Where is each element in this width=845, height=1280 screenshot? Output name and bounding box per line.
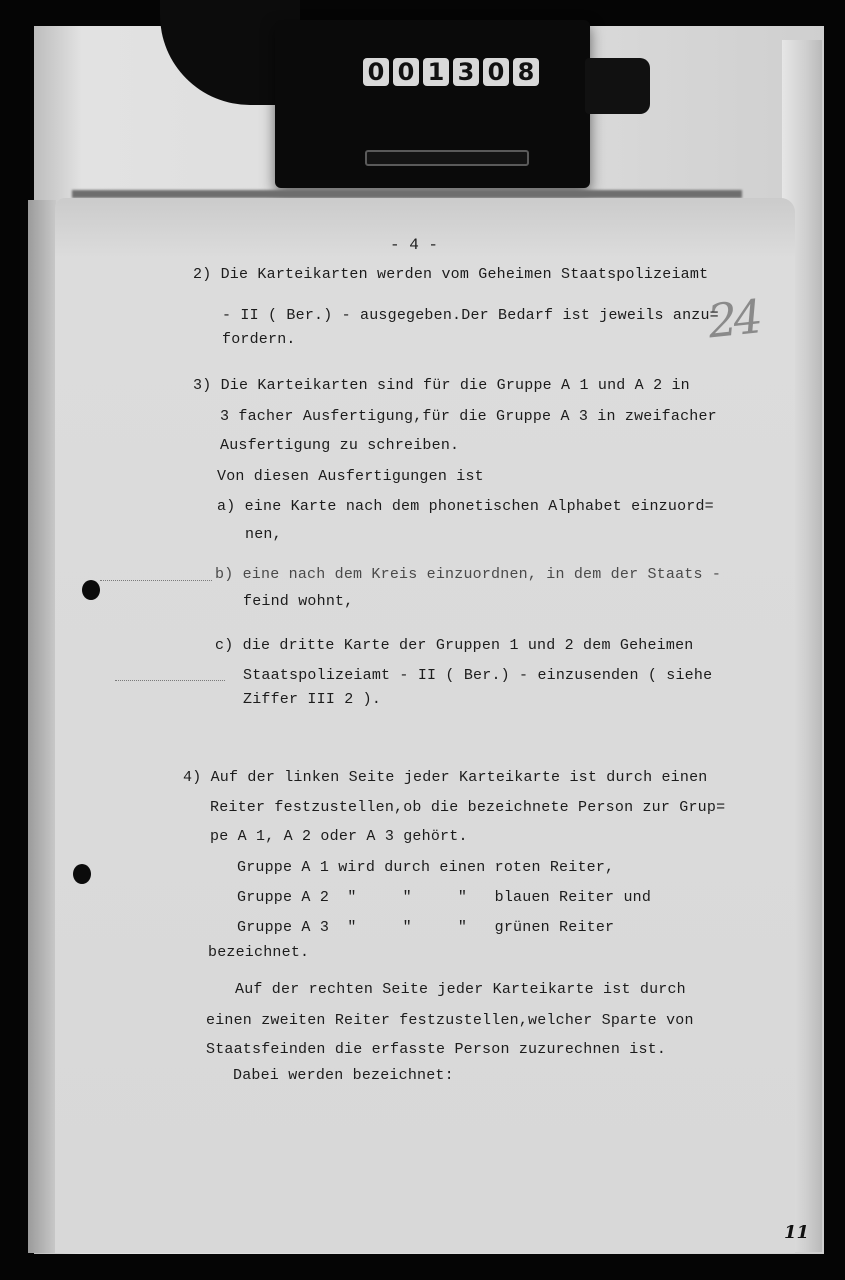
section-2-line: 2) Die Karteikarten werden vom Geheimen … — [193, 266, 708, 283]
counter-slot — [365, 150, 529, 166]
page-number: - 4 - — [390, 236, 438, 254]
punch-hole — [82, 580, 100, 600]
section-3-line: Staatspolizeiamt - II ( Ber.) - einzusen… — [243, 667, 712, 684]
document-page — [55, 198, 795, 1253]
section-3-line: Ausfertigung zu schreiben. — [220, 437, 459, 454]
section-4-line: Staatsfeinden die erfasste Person zuzure… — [206, 1041, 666, 1058]
faint-line — [100, 580, 212, 581]
section-4-line: Auf der rechten Seite jeder Karteikarte … — [235, 981, 686, 998]
section-4-line: Dabei werden bezeichnet: — [233, 1067, 454, 1084]
section-3-line: c) die dritte Karte der Gruppen 1 und 2 … — [215, 637, 693, 654]
section-4-line: Gruppe A 3 " " " grünen Reiter — [237, 919, 614, 936]
section-4-line: Reiter festzustellen,ob die bezeichnete … — [210, 799, 725, 816]
section-3-line: 3) Die Karteikarten sind für die Gruppe … — [193, 377, 690, 394]
counter-digit: 1 — [423, 58, 449, 86]
section-3-line: feind wohnt, — [243, 593, 353, 610]
section-4-line: Gruppe A 2 " " " blauen Reiter und — [237, 889, 651, 906]
counter-digit: 0 — [363, 58, 389, 86]
counter-digit: 0 — [393, 58, 419, 86]
section-3-line: b) eine nach dem Kreis einzuordnen, in d… — [215, 566, 721, 583]
section-4-line: bezeichnet. — [208, 944, 309, 961]
section-2-line: fordern. — [222, 331, 296, 348]
page-fold — [28, 200, 56, 1253]
section-4-line: pe A 1, A 2 oder A 3 gehört. — [210, 828, 468, 845]
section-4-line: Gruppe A 1 wird durch einen roten Reiter… — [237, 859, 614, 876]
counter-digit: 0 — [483, 58, 509, 86]
punch-hole — [73, 864, 91, 884]
corner-mark: 11 — [784, 1222, 809, 1243]
counter-digits: 0 0 1 3 0 8 — [363, 58, 539, 86]
shadow — [72, 190, 742, 198]
section-3-line: a) eine Karte nach dem phonetischen Alph… — [217, 498, 714, 515]
section-4-line: einen zweiten Reiter festzustellen,welch… — [206, 1012, 694, 1029]
counter-digit: 8 — [513, 58, 539, 86]
section-3-line: nen, — [245, 526, 282, 543]
section-4-line: 4) Auf der linken Seite jeder Karteikart… — [183, 769, 707, 786]
section-3-line: Von diesen Ausfertigungen ist — [217, 468, 484, 485]
counter-knob — [585, 58, 650, 114]
faint-line — [115, 680, 225, 681]
section-3-line: 3 facher Ausfertigung,für die Gruppe A 3… — [220, 408, 717, 425]
section-3-line: Ziffer III 2 ). — [243, 691, 381, 708]
section-2-line: - II ( Ber.) - ausgegeben.Der Bedarf ist… — [222, 307, 719, 324]
counter-digit: 3 — [453, 58, 479, 86]
frame-counter-device: 0 0 1 3 0 8 — [275, 20, 590, 188]
